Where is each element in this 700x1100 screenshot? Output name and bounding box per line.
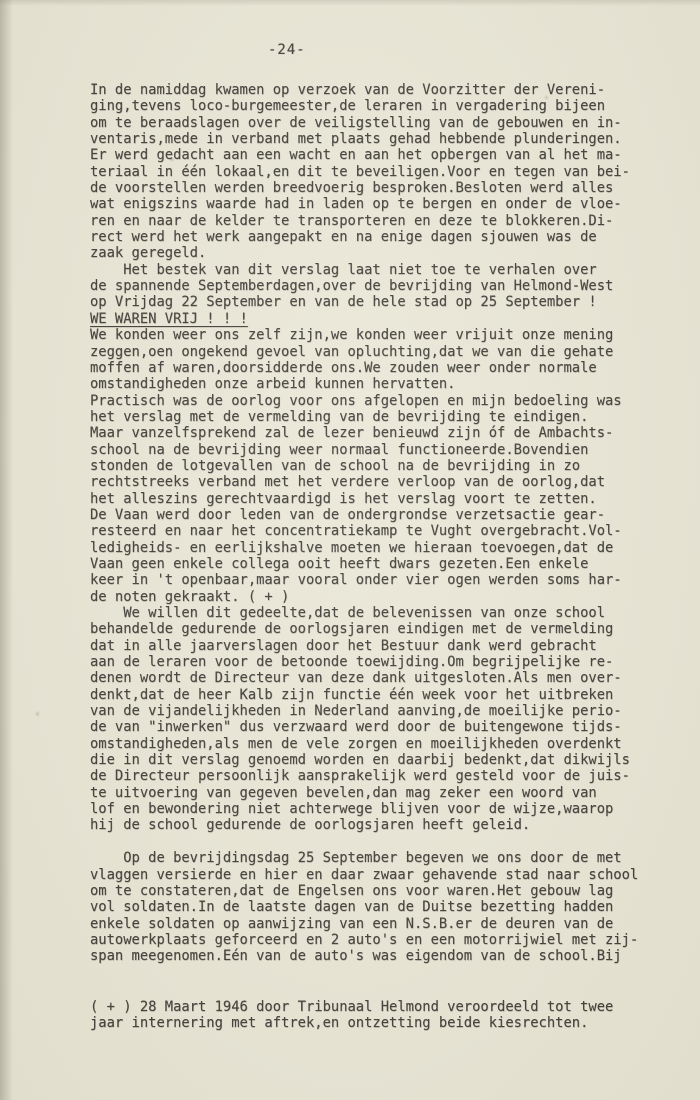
text-line: van de vijandelijkheden in Nederland aan…	[90, 703, 665, 719]
text-line: aan de leraren voor de betoonde toewijdi…	[90, 654, 665, 670]
text-line: jaar internering met aftrek,en ontzettin…	[90, 1015, 665, 1031]
scan-edge-shadow-left	[0, 0, 13, 1100]
text-line: ledigheids- en eerlijkshalve moeten we h…	[90, 540, 665, 556]
text-line: ren en naar de kelder te transporteren e…	[90, 213, 665, 229]
text-line: teriaal in één lokaal,en dit te beveilig…	[90, 164, 665, 180]
text-line: wat enigszins waarde had in laden op te …	[90, 196, 665, 212]
text-line: enkele soldaten op aanwijzing van een N.…	[90, 916, 665, 932]
page-number: -24-	[268, 42, 306, 58]
text-line: lof en bewondering niet achterwege blijv…	[90, 801, 665, 817]
text-line: ventaris,mede in verband met plaats geha…	[90, 131, 665, 147]
text-line: het verslag met de vermelding van de bev…	[90, 409, 665, 425]
text-line: zeggen,oen ongekend gevoel van opluchtin…	[90, 344, 665, 360]
text-line: Op de bevrijdingsdag 25 September begeve…	[90, 850, 665, 866]
text-line: behandelde gedurende de oorlogsjaren ein…	[90, 621, 665, 637]
text-line: hij de school gedurende de oorlogsjaren …	[90, 817, 665, 833]
text-line: De Vaan werd door leden van de ondergron…	[90, 507, 665, 523]
text-line: vol soldaten.In de laatste dagen van de …	[90, 899, 665, 915]
text-line: stonden de lotgevallen van de school na …	[90, 458, 665, 474]
text-line: rect werd het werk aangepakt en na enige…	[90, 229, 665, 245]
text-line: resteerd en naar het concentratiekamp te…	[90, 523, 665, 539]
text-line: Het bestek van dit verslag laat niet toe…	[90, 262, 665, 278]
text-line: de Directeur persoonlijk aansprakelijk w…	[90, 768, 665, 784]
text-line: Vaan geen enkele collega ooit heeft dwar…	[90, 556, 665, 572]
text-line: WE WAREN VRIJ ! ! !	[90, 311, 665, 327]
blank-line	[90, 834, 665, 850]
text-line: omstandigheden onze arbeid kunnen hervat…	[90, 376, 665, 392]
scanned-document-page: -24- In de namiddag kwamen op verzoek va…	[0, 0, 700, 1100]
text-line: Maar vanzelfsprekend zal de lezer benieu…	[90, 425, 665, 441]
text-line: ging,tevens loco-burgemeester,de leraren…	[90, 98, 665, 114]
text-line: het alleszins gerechtvaardigd is het ver…	[90, 491, 665, 507]
text-line: die in dit verslag genoemd worden en daa…	[90, 752, 665, 768]
text-line: In de namiddag kwamen op verzoek van de …	[90, 82, 665, 98]
body-text-block: In de namiddag kwamen op verzoek van de …	[90, 82, 665, 965]
text-line: Practisch was de oorlog voor ons afgelop…	[90, 393, 665, 409]
text-line: span meegenomen.Eén van de auto's was ei…	[90, 948, 665, 964]
text-line: vlaggen versierde en hier en daar zwaar …	[90, 867, 665, 883]
text-line: We willen dit gedeelte,dat de beleveniss…	[90, 605, 665, 621]
text-line: de noten gekraakt. ( + )	[90, 589, 665, 605]
text-line: de voorstellen werden breedvoerig bespro…	[90, 180, 665, 196]
text-line: zaak geregeld.	[90, 245, 665, 261]
text-line: keer in 't openbaar,maar vooral onder vi…	[90, 572, 665, 588]
text-line: We konden weer ons zelf zijn,we konden w…	[90, 327, 665, 343]
paper-speckle	[36, 712, 39, 716]
text-line: denkt,dat de heer Kalb zijn functie één …	[90, 687, 665, 703]
text-line: dat in alle jaarverslagen door het Bestu…	[90, 638, 665, 654]
text-line: rechtstreeks verband met het verdere ver…	[90, 474, 665, 490]
text-line: denen wordt de Directeur van deze dank u…	[90, 670, 665, 686]
text-line: ( + ) 28 Maart 1946 door Tribunaal Helmo…	[90, 999, 665, 1015]
text-line: om te beraadslagen over de veiligstellin…	[90, 115, 665, 131]
text-line: autowerkplaats geforceerd en 2 auto's en…	[90, 932, 665, 948]
text-line: op Vrijdag 22 September en van de hele s…	[90, 294, 665, 310]
text-line: de van "inwerken" dus verzwaard werd doo…	[90, 719, 665, 735]
text-line: Er werd gedacht aan een wacht en aan het…	[90, 147, 665, 163]
text-line: school na de bevrijding weer normaal fun…	[90, 442, 665, 458]
text-line: omstandigheden,als men de vele zorgen en…	[90, 736, 665, 752]
text-line: de spannende Septemberdagen,over de bevr…	[90, 278, 665, 294]
scan-edge-shadow-top	[0, 0, 700, 6]
text-line: om te constateren,dat de Engelsen ons vo…	[90, 883, 665, 899]
text-line: moffen af waren,doorsidderde ons.We zoud…	[90, 360, 665, 376]
text-line: te uitvoering van gegeven bevelen,dan ma…	[90, 785, 665, 801]
footnote-block: ( + ) 28 Maart 1946 door Tribunaal Helmo…	[90, 999, 665, 1032]
